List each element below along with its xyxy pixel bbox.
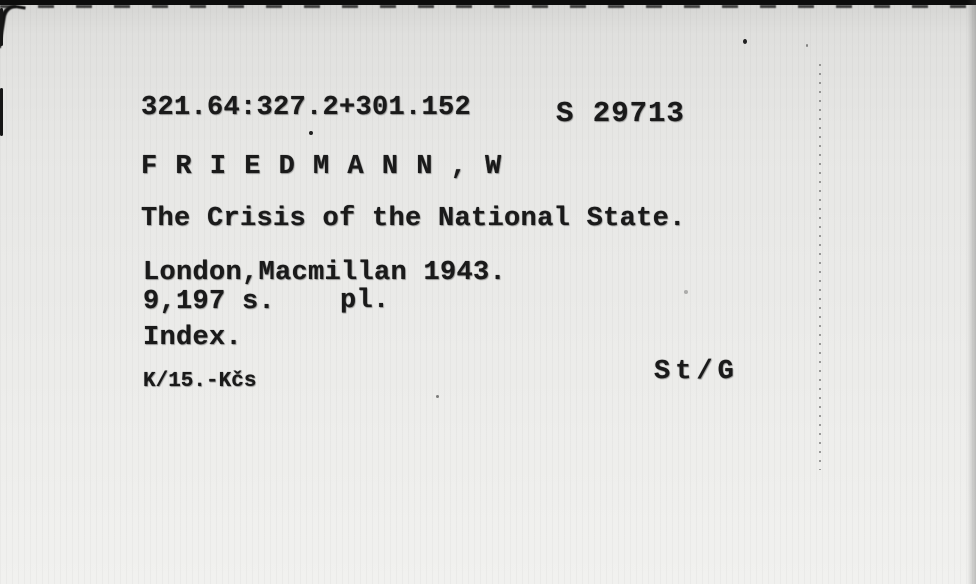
ink-speck bbox=[806, 44, 808, 47]
location-mark: St/G bbox=[654, 359, 739, 386]
ink-speck bbox=[309, 131, 313, 135]
left-edge-artifact bbox=[0, 88, 3, 136]
left-edge-artifact bbox=[0, 8, 3, 46]
corner-mark-artifact bbox=[0, 3, 26, 51]
price-line: K/15.-Kčs bbox=[143, 371, 256, 392]
inventory-number: S 29713 bbox=[556, 99, 685, 128]
scan-top-edge-artifact bbox=[0, 0, 976, 5]
imprint-line: London,Macmillan 1943. bbox=[143, 260, 506, 287]
vertical-crease-dotted-line bbox=[819, 64, 821, 470]
illustration-note: pl. bbox=[340, 288, 390, 315]
index-note: Index. bbox=[143, 325, 242, 352]
pagination-line: 9,197 s. bbox=[143, 289, 275, 316]
library-catalog-card-scan: 321.64:327.2+301.152 S 29713 F R I E D M… bbox=[0, 0, 976, 584]
call-number: 321.64:327.2+301.152 bbox=[141, 95, 471, 122]
ink-speck bbox=[684, 290, 688, 294]
ink-speck bbox=[743, 39, 747, 44]
author-heading: F R I E D M A N N , W bbox=[141, 154, 502, 181]
ink-speck bbox=[436, 395, 439, 398]
right-edge-shadow bbox=[967, 0, 976, 584]
title-line: The Crisis of the National State. bbox=[141, 206, 686, 233]
